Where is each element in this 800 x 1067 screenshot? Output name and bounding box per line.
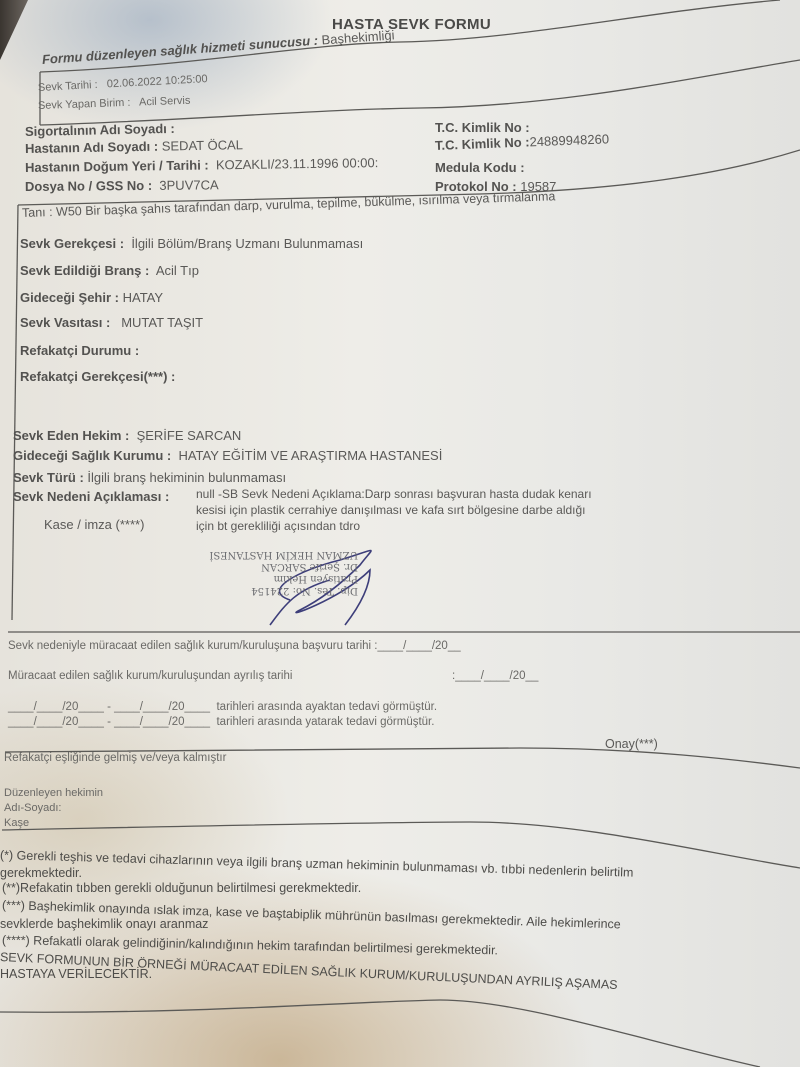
tc2-value: 24889948260 [529,131,609,149]
companion-text: Refakatçi eşliğinde gelmiş ve/veya kalmı… [4,752,226,764]
vehicle-row: Sevk Vasıtası : MUTAT TAŞIT [20,315,203,330]
stamp-line-2: Pratisyen Hekim [238,572,358,584]
companion-reason-label: Refakatçi Gerekçesi(***) : [20,369,175,384]
branch-value: Acil Tıp [156,263,199,278]
stamp-line-3: Dr. Şerife SARCAN [238,560,358,572]
reason-value: İlgili Bölüm/Branş Uzmanı Bulunmaması [131,236,363,251]
target-row: Gideceği Sağlık Kurumu : HATAY EĞİTİM VE… [13,448,442,463]
leave-date-row: Müracaat edilen sağlık kurum/kuruluşunda… [8,670,292,682]
doctor-value: ŞERİFE SARCAN [137,428,242,443]
medula-row: Medula Kodu : [435,160,525,175]
reason-row: Sevk Gerekçesi : İlgili Bölüm/Branş Uzma… [20,236,363,251]
stamp-label: Kase / imza (****) [44,517,144,532]
companion-reason-row: Refakatçi Gerekçesi(***) : [20,369,175,384]
issuing-doctor-line-1: Düzenleyen hekimin [4,787,103,799]
inpatient-blank: ____/____/20____ - ____/____/20____ [8,716,210,728]
apply-date-blank: ____/____/20__ [377,640,460,652]
caps-notice-b: HASTAYA VERİLECEKTİR. [0,967,152,981]
tc-row-1: T.C. Kimlik No : [435,120,530,135]
target-value: HATAY EĞİTİM VE ARAŞTIRMA HASTANESİ [178,448,442,463]
leave-date-blank: :____/____/20__ [452,670,538,682]
branch-row: Sevk Edildiği Branş : Acil Tıp [20,263,199,278]
leave-date-label: Müracaat edilen sağlık kurum/kuruluşunda… [8,670,292,682]
issuing-doctor-line-2: Adı-Soyadı: [4,802,61,814]
type-label: Sevk Türü : [13,470,84,485]
doctor-label: Sevk Eden Hekim : [13,428,129,443]
footnote-3b: sevklerde başhekimlik onayı aranmaz [0,917,208,931]
outpatient-text: tarihleri arasında ayaktan tedavi görmüş… [216,701,437,713]
insured-name-label: Sigortalının Adı Soyadı : [25,121,175,139]
reason-label: Sevk Gerekçesi : [20,236,124,251]
file-no-row: Dosya No / GSS No : 3PUV7CA [25,177,219,194]
insured-name-row: Sigortalının Adı Soyadı : [25,121,175,139]
footnote-1b: gerekmektedir. [0,866,82,880]
footnote-2: (**)Refakatin tıbben gerekli olduğunun b… [2,881,361,895]
outpatient-row: ____/____/20____ - ____/____/20____ tari… [8,701,437,713]
patient-name-label: Hastanın Adı Soyadı : [25,139,158,156]
type-value: İlgili branş hekiminin bulunmaması [87,470,286,485]
stamp-line-4: UZMAN HEKİM HASTANESİ [238,548,358,560]
type-row: Sevk Türü : İlgili branş hekiminin bulun… [13,470,286,485]
file-no-value: 3PUV7CA [159,177,218,193]
birth-value: KOZAKLI/23.11.1996 00:00: [216,155,379,172]
issuing-doctor-line-3: Kaşe [4,817,29,829]
referral-unit-value: Acil Servis [139,95,191,109]
tc1-label: T.C. Kimlik No : [435,120,530,135]
file-no-label: Dosya No / GSS No : [25,178,152,194]
birth-label: Hastanın Doğum Yeri / Tarihi : [25,157,209,175]
explain-line-3: için bt gerekliliği açısından tdro [196,519,360,533]
explain-line-2: kesisi için plastik cerrahiye danışılmas… [196,503,586,517]
vehicle-value: MUTAT TAŞIT [121,315,203,330]
inpatient-text: tarihleri arasında yatarak tedavi görmüş… [216,716,434,728]
companion-status-row: Refakatçi Durumu : [20,343,139,358]
companion-status-label: Refakatçi Durumu : [20,343,139,358]
city-value: HATAY [123,290,163,305]
city-label: Gideceği Şehir : [20,290,119,305]
explain-line-1: null -SB Sevk Nedeni Açıklama:Darp sonra… [196,487,592,501]
outpatient-blank: ____/____/20____ - ____/____/20____ [8,701,210,713]
target-label: Gideceği Sağlık Kurumu : [13,448,171,463]
city-row: Gideceği Şehir : HATAY [20,290,163,305]
apply-date-row: Sevk nedeniyle müracaat edilen sağlık ku… [8,640,461,652]
patient-name-value: SEDAT ÖCAL [162,137,243,153]
explain-label-text: Sevk Nedeni Açıklaması : [13,489,169,504]
doctor-row: Sevk Eden Hekim : ŞERİFE SARCAN [13,428,241,443]
doctor-stamp: Dip. Tes. No: 224154 Pratisyen Hekim Dr.… [238,548,358,596]
medula-label: Medula Kodu : [435,160,525,175]
stamp-line-1: Dip. Tes. No: 224154 [238,584,358,596]
diagnosis-label: Tanı : [22,205,53,220]
approval-label: Onay(***) [605,737,658,751]
apply-date-label: Sevk nedeniyle müracaat edilen sağlık ku… [8,640,377,652]
vehicle-label: Sevk Vasıtası : [20,315,110,330]
branch-label: Sevk Edildiği Branş : [20,263,149,278]
inpatient-row: ____/____/20____ - ____/____/20____ tari… [8,716,434,728]
